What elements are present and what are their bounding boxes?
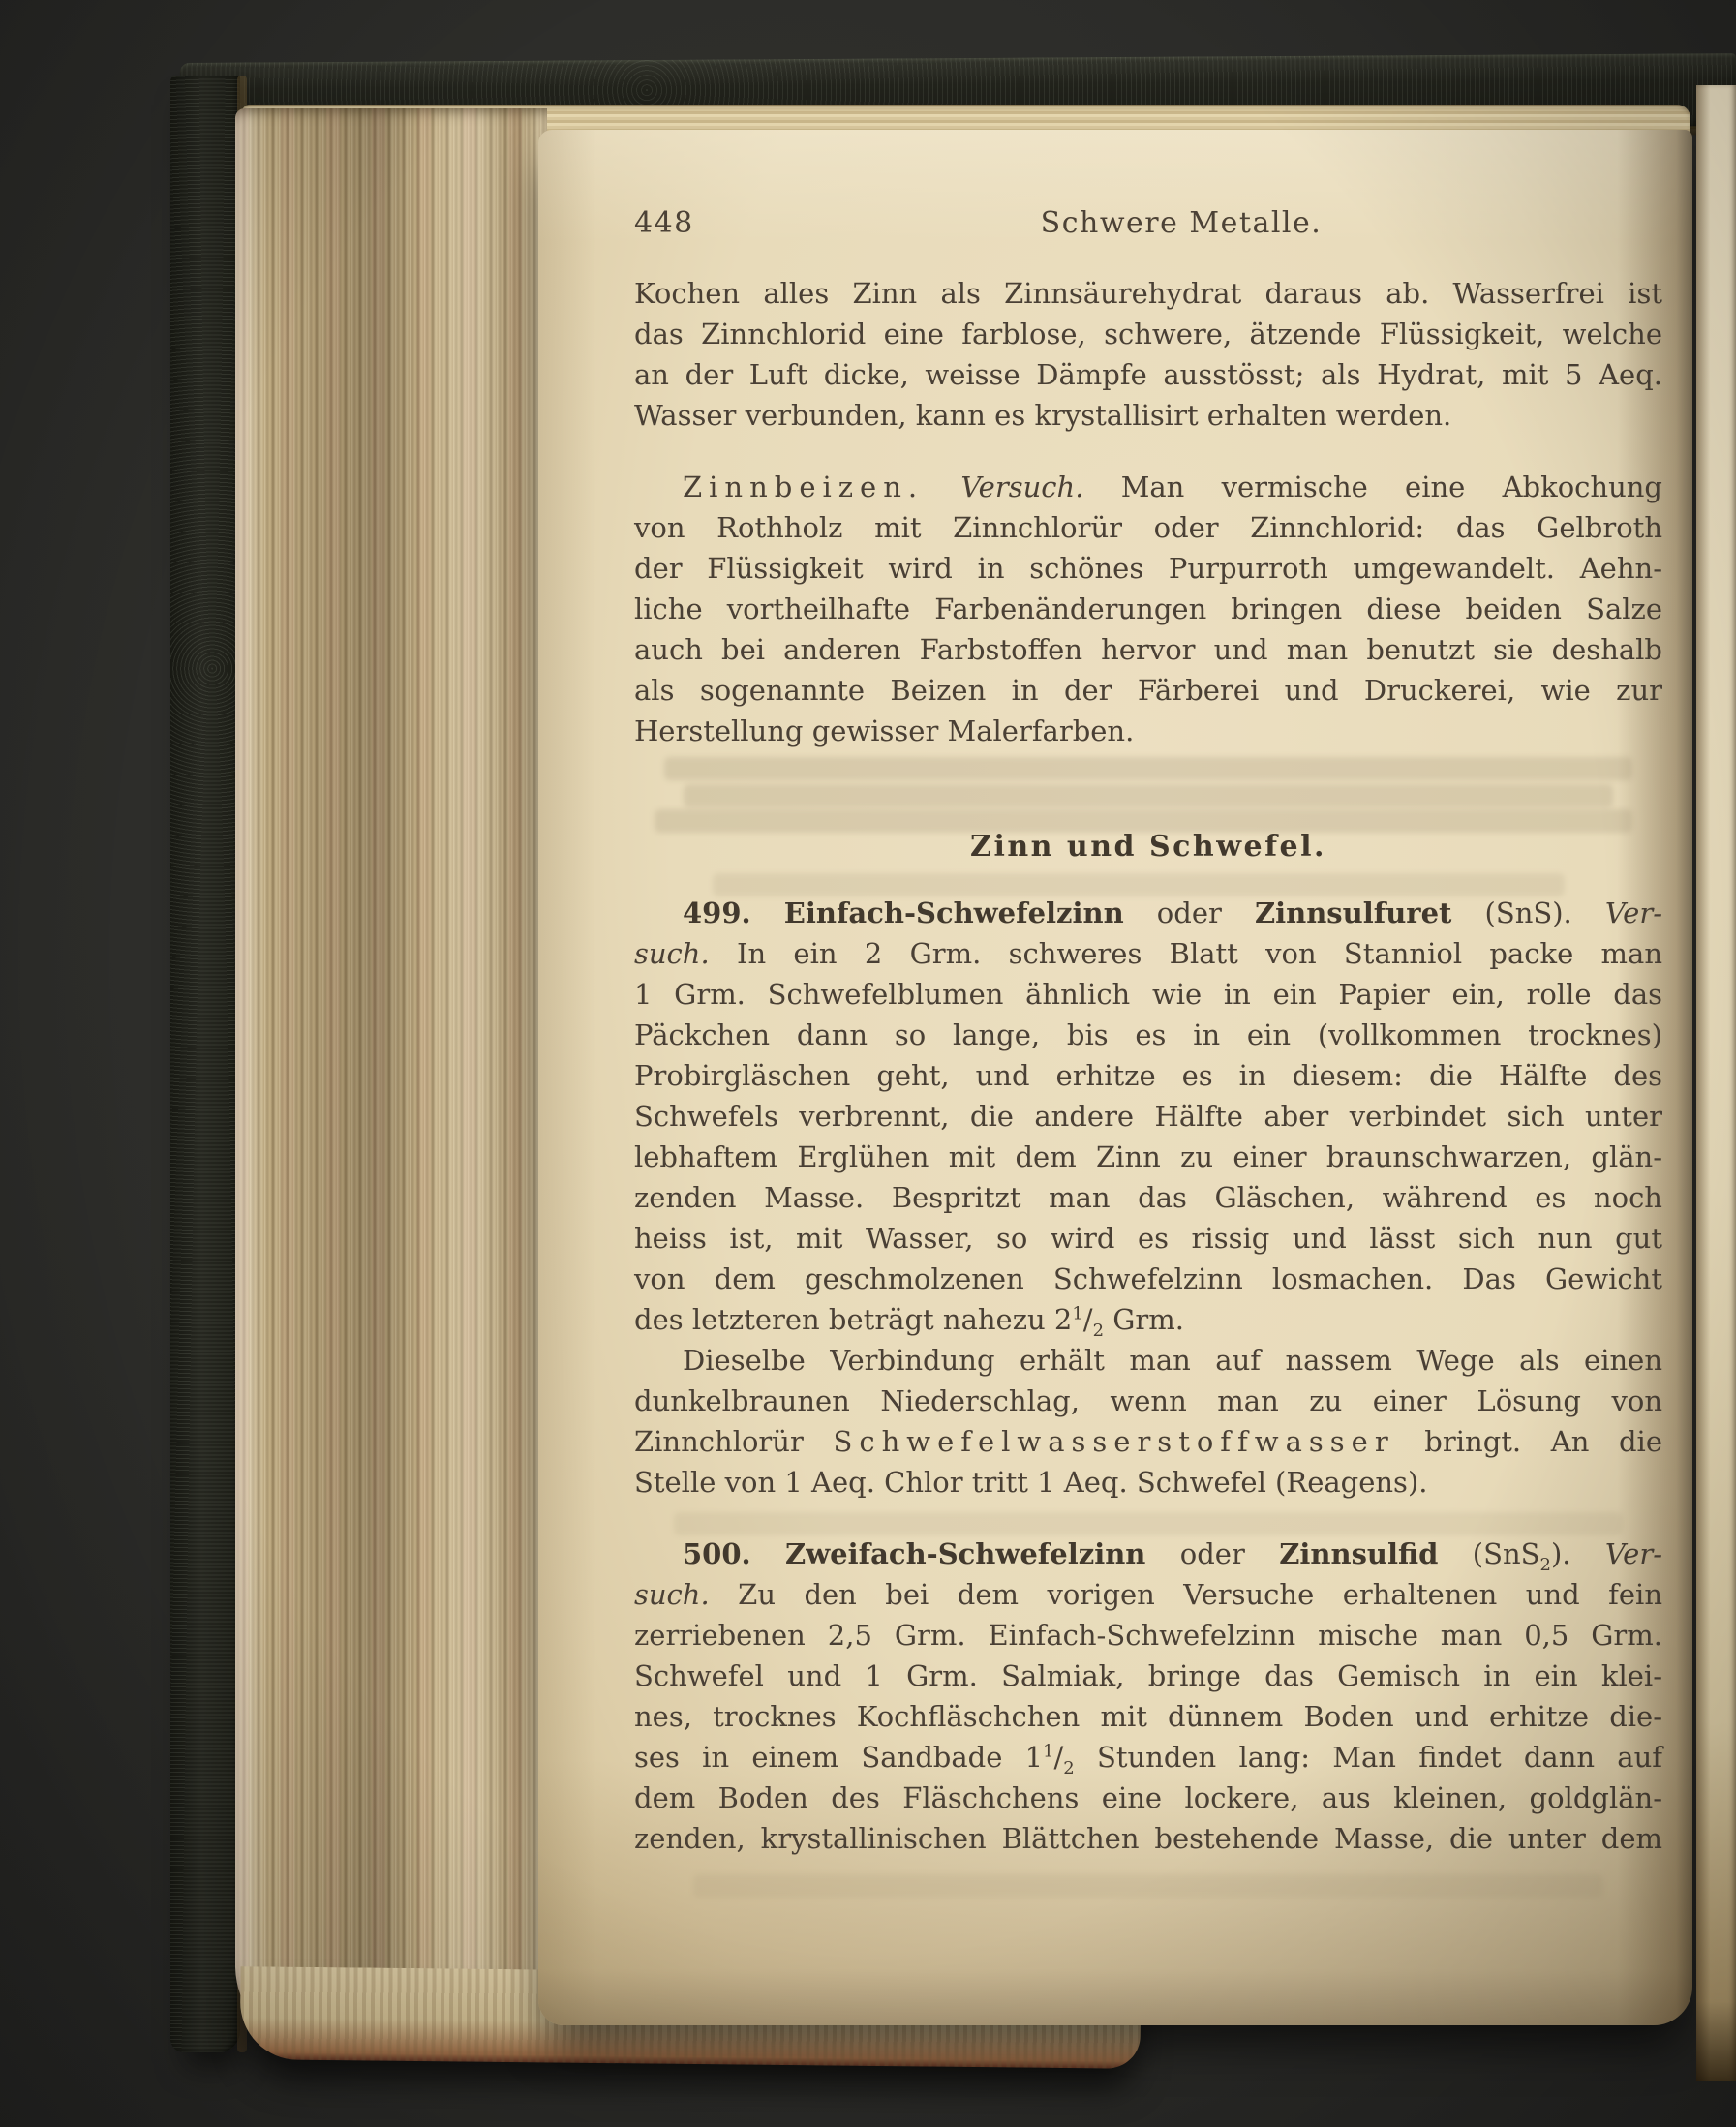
paragraph-499-einfach-schwefelzinn: 499. Einfach-Schwefelzinn oder Zinnsulfu… — [634, 893, 1662, 1340]
paragraph-zinnchlorid-continuation: Kochen alles Zinn als Zinnsäurehydrat da… — [634, 273, 1662, 436]
page-number: 448 — [634, 203, 750, 244]
text-line: des letzteren beträgt nahezu 21/2 Grm. — [634, 1299, 1662, 1340]
text-line: an der Luft dicke, weisse Dämpfe ausstös… — [634, 354, 1662, 395]
page-text: 448 Schwere Metalle. Kochen alles Zinn a… — [634, 203, 1662, 1859]
paragraph-500-zweifach-schwefelzinn: 500. Zweifach-Schwefelzinn oder Zinnsulf… — [634, 1534, 1662, 1859]
text-line: das Zinnchlorid eine farblose, schwere, … — [634, 314, 1662, 354]
text-line: Schwefel und 1 Grm. Salmiak, bringe das … — [634, 1656, 1662, 1696]
text-line: such. Zu den bei dem vorigen Versuche er… — [634, 1574, 1662, 1615]
text-line: Kochen alles Zinn als Zinnsäurehydrat da… — [634, 273, 1662, 314]
text-line: zenden Masse. Bespritzt man das Gläschen… — [634, 1177, 1662, 1218]
book-cover-left-edge — [170, 76, 240, 2052]
text-line: zerriebenen 2,5 Grm. Einfach-Schwefelzin… — [634, 1615, 1662, 1656]
paragraph-dieselbe-verbindung: Dieselbe Verbindung erhält man auf nasse… — [634, 1340, 1662, 1503]
bleed-through-line — [693, 1874, 1603, 1898]
text-line: ses in einem Sandbade 11/2 Stunden lang:… — [634, 1737, 1662, 1778]
text-line: von Rothholz mit Zinnchlorür oder Zinnch… — [634, 507, 1662, 548]
facing-page-sliver — [1696, 85, 1736, 2081]
text-line: 499. Einfach-Schwefelzinn oder Zinnsulfu… — [634, 893, 1662, 933]
page-stack-fore-edge — [235, 108, 547, 2052]
text-line: Schwefels verbrennt, die andere Hälfte a… — [634, 1096, 1662, 1137]
text-line: Probirgläschen geht, und erhitze es in d… — [634, 1055, 1662, 1096]
text-line: dem Boden des Fläschchens eine lockere, … — [634, 1778, 1662, 1818]
text-line: als sogenannte Beizen in der Färberei un… — [634, 670, 1662, 711]
text-line: lebhaftem Erglühen mit dem Zinn zu einer… — [634, 1137, 1662, 1177]
text-line: Stelle von 1 Aeq. Chlor tritt 1 Aeq. Sch… — [634, 1462, 1662, 1503]
text-line: such. In ein 2 Grm. schweres Blatt von S… — [634, 933, 1662, 974]
text-line: 1 Grm. Schwefelblumen ähnlich wie in ein… — [634, 974, 1662, 1015]
paragraph-zinnbeizen: Zinnbeizen. Versuch. Man vermische eine … — [634, 467, 1662, 751]
text-line: dunkelbraunen Niederschlag, wenn man zu … — [634, 1381, 1662, 1421]
text-line: 500. Zweifach-Schwefelzinn oder Zinnsulf… — [634, 1534, 1662, 1574]
book-photo: 448 Schwere Metalle. Kochen alles Zinn a… — [0, 0, 1736, 2127]
text-line: heiss ist, mit Wasser, so wird es rissig… — [634, 1218, 1662, 1259]
text-line: Dieselbe Verbindung erhält man auf nasse… — [634, 1340, 1662, 1381]
body-text-flow: Kochen alles Zinn als Zinnsäurehydrat da… — [634, 273, 1662, 1859]
text-line: von dem geschmolzenen Schwefelzinn losma… — [634, 1259, 1662, 1299]
text-line: Zinnchlorür Schwefelwasserstoffwasser br… — [634, 1421, 1662, 1462]
text-line: Wasser verbunden, kann es krystallisirt … — [634, 395, 1662, 436]
text-line: der Flüssigkeit wird in schönes Purpurro… — [634, 548, 1662, 589]
text-line: nes, trocknes Kochfläschchen mit dünnem … — [634, 1696, 1662, 1737]
text-line: Herstellung gewisser Malerfarben. — [634, 711, 1662, 751]
text-line: auch bei anderen Farbstoffen hervor und … — [634, 629, 1662, 670]
text-line: liche vortheilhafte Farbenänderungen bri… — [634, 589, 1662, 629]
section-heading-zinn-und-schwefel: Zinn und Schwefel. — [634, 827, 1662, 867]
text-line: Päckchen dann so lange, bis es in ein (v… — [634, 1015, 1662, 1055]
text-line: Zinnbeizen. Versuch. Man vermische eine … — [634, 467, 1662, 507]
page-header: 448 Schwere Metalle. — [634, 203, 1662, 244]
text-line: zenden, krystallinischen Blättchen beste… — [634, 1818, 1662, 1859]
running-title: Schwere Metalle. — [783, 203, 1579, 244]
